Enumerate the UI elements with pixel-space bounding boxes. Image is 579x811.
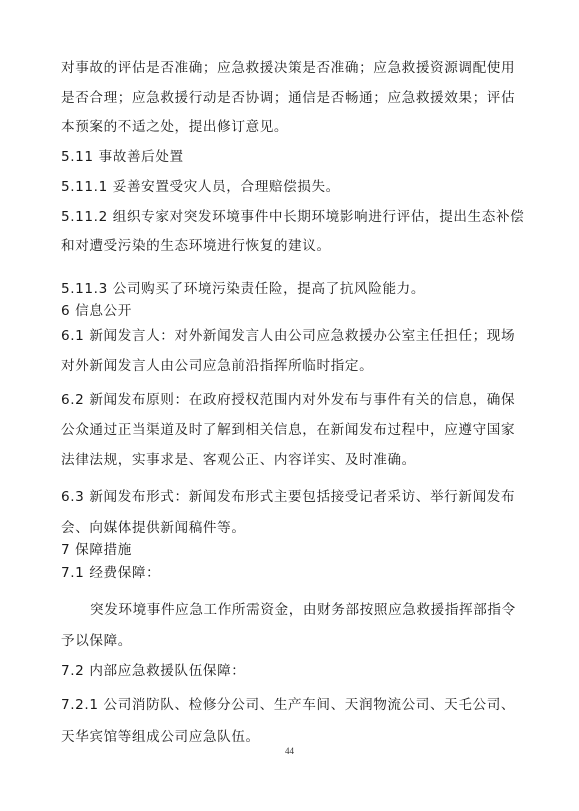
paragraph-line: 本预案的不适之处，提出修订意见。 — [61, 118, 288, 136]
paragraph-line: 法律法规，实事求是、客观公正、内容详实、及时准确。 — [61, 451, 416, 469]
section-heading-6: 6 信息公开 — [61, 302, 132, 320]
section-heading-5-11: 5.11 事故善后处置 — [61, 148, 184, 166]
paragraph-line: 是否合理；应急救援行动是否协调；通信是否畅通；应急救援效果；评估 — [61, 89, 515, 107]
page-number: 44 — [0, 746, 579, 756]
paragraph-line-indented: 突发环境事件应急工作所需资金，由财务部按照应急救援指挥部指令 — [90, 601, 516, 619]
paragraph-line: 公众通过正当渠道及时了解到相关信息，在新闻发布过程中，应遵守国家 — [61, 421, 515, 439]
item-5-11-2: 5.11.2 组织专家对突发环境事件中长期环境影响进行评估，提出生态补偿 — [61, 208, 524, 226]
item-6-1: 6.1 新闻发言人：对外新闻发言人由公司应急救援办公室主任担任；现场 — [61, 327, 515, 345]
paragraph-line: 予以保障。 — [61, 632, 132, 650]
item-6-2: 6.2 新闻发布原则：在政府授权范围内对外发布与事件有关的信息，确保 — [61, 391, 515, 409]
item-5-11-1: 5.11.1 妥善安置受灾人员，合理赔偿损失。 — [61, 178, 340, 196]
paragraph-line: 对外新闻发言人由公司应急前沿指挥所临时指定。 — [61, 357, 373, 375]
section-heading-7: 7 保障措施 — [61, 541, 132, 559]
document-page: 对事故的评估是否准确；应急救援决策是否准确；应急救援资源调配使用 是否合理；应急… — [0, 0, 579, 811]
paragraph-line: 会、向媒体提供新闻稿件等。 — [61, 519, 246, 537]
item-7-2: 7.2 内部应急救援队伍保障： — [61, 662, 245, 680]
paragraph-line: 和对遭受污染的生态环境进行恢复的建议。 — [61, 237, 331, 255]
item-5-11-3: 5.11.3 公司购买了环境污染责任险，提高了抗风险能力。 — [61, 280, 425, 298]
paragraph-line: 对事故的评估是否准确；应急救援决策是否准确；应急救援资源调配使用 — [61, 59, 515, 77]
paragraph-line: 天华宾馆等组成公司应急队伍。 — [61, 728, 260, 746]
item-7-2-1: 7.2.1 公司消防队、检修分公司、生产车间、天润物流公司、天乇公司、 — [61, 696, 515, 714]
item-6-3: 6.3 新闻发布形式：新闻发布形式主要包括接受记者采访、举行新闻发布 — [61, 488, 515, 506]
item-7-1: 7.1 经费保障： — [61, 564, 160, 582]
